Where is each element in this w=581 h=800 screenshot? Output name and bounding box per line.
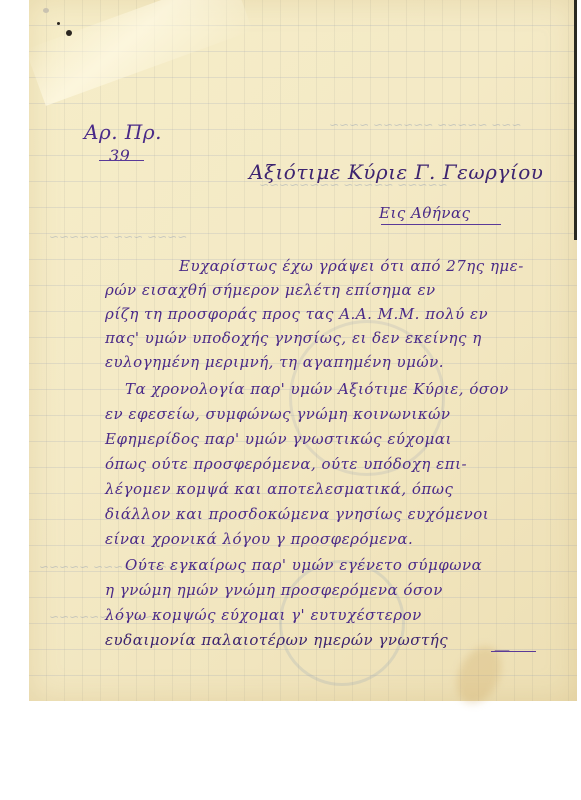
body-line: εν εφεσείω, συμφώνως γνώμη κοινωνικών xyxy=(105,405,450,423)
body-line: ρών εισαχθή σήμερον μελέτη επίσημα εν xyxy=(105,281,436,299)
signature-mark: — xyxy=(494,640,511,659)
paper-blemish xyxy=(43,8,49,13)
body-line: λέγομεν κομψά και αποτελεσματικά, όπως xyxy=(105,480,453,498)
body-line: Ευχαρίστως έχω γράψει ότι από 27ης ημε- xyxy=(179,257,524,275)
paper-blemish xyxy=(66,30,72,36)
body-line: διάλλον και προσδοκώμενα γνησίως ευχόμεν… xyxy=(105,505,489,523)
salutation: Αξιότιμε Κύριε Γ. Γεωργίου xyxy=(249,160,543,184)
bleed-through-text: ~~~ ~~~~~ ~~~~~~ ~~~~ xyxy=(329,118,521,132)
reference-label: Αρ. Πρ. xyxy=(84,120,162,144)
body-line: πας' υμών υποδοχής γνησίως, ει δεν εκείν… xyxy=(105,329,482,347)
letter-paper: ~~~ ~~~~~ ~~~~~~ ~~~~ ~~~~~ ~~~~~ ~~~~~~… xyxy=(29,0,577,701)
body-line: ευλογημένη μεριμνή, τη αγαπημένη υμών. xyxy=(105,353,444,371)
body-line: λόγω κομψώς εύχομαι γ' ευτυχέστερον xyxy=(105,606,422,624)
light-glare xyxy=(25,0,252,106)
body-line: είναι χρονικά λόγου γ προσφερόμενα. xyxy=(105,530,413,548)
body-line: όπως ούτε προσφερόμενα, ούτε υπόδοχη επι… xyxy=(105,455,467,473)
reference-underline xyxy=(99,160,144,161)
body-line: Εφημερίδος παρ' υμών γνωστικώς εύχομαι xyxy=(105,430,452,448)
signature-underline xyxy=(491,651,536,652)
place-line: Εις Αθήνας xyxy=(379,204,471,222)
body-line: ευδαιμονία παλαιοτέρων ημερών γνωστής xyxy=(105,631,448,649)
place-underline xyxy=(381,224,501,225)
paper-blemish xyxy=(57,22,60,25)
body-line: ρίζη τη προσφοράς προς τας Α.Α. Μ.Μ. πολ… xyxy=(105,305,488,323)
reference-number: 39 xyxy=(109,146,130,165)
bleed-through-text: ~~~~ ~~~ ~~~~~~ xyxy=(49,230,187,244)
body-line: η γνώμη ημών γνώμη προσφερόμενα όσον xyxy=(105,581,443,599)
body-line: Τα χρονολογία παρ' υμών Αξιότιμε Κύριε, … xyxy=(125,380,509,398)
body-line: Ούτε εγκαίρως παρ' υμών εγένετο σύμφωνα xyxy=(125,556,482,574)
